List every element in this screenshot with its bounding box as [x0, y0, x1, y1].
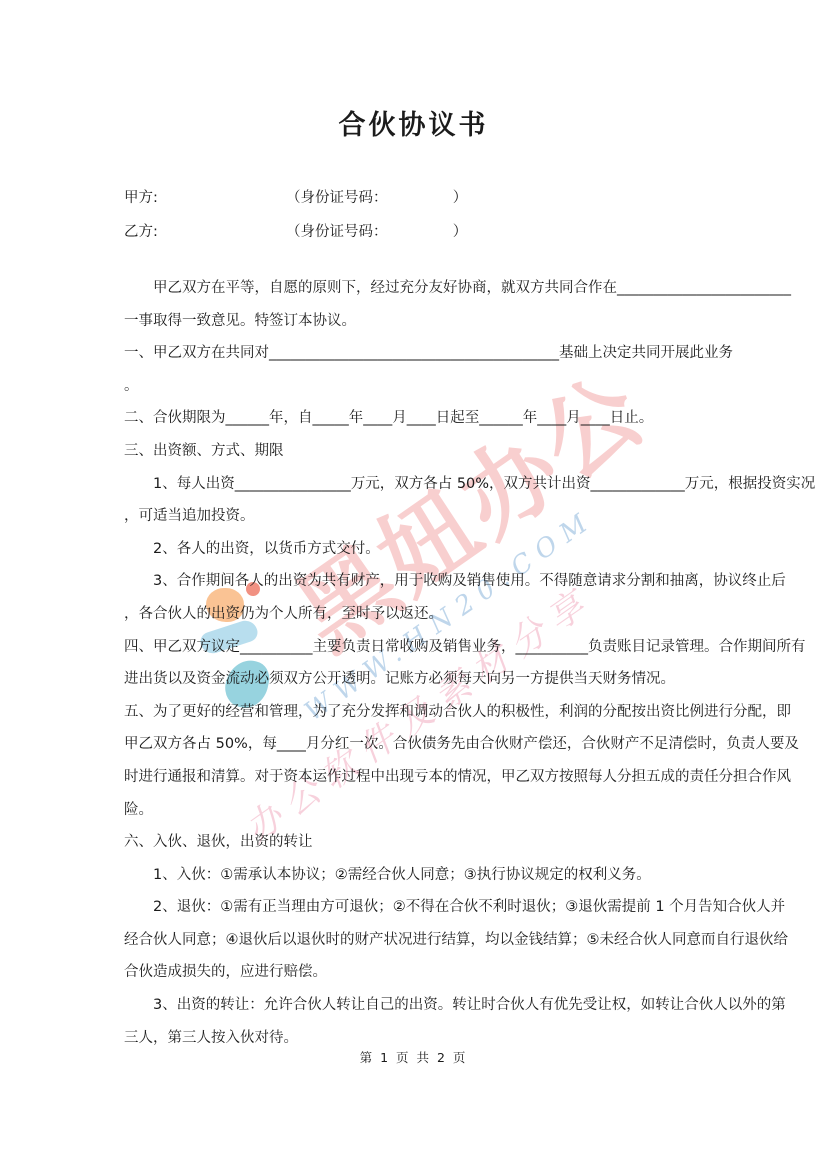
party-b-row: 乙方: （身份证号码： ） — [124, 213, 467, 247]
document-line: 1、每人出资________________万元，双方各占 50%，双方共计出资… — [124, 468, 720, 501]
party-a-label: 甲方: — [124, 186, 286, 207]
parties-block: 甲方: （身份证号码： ） 乙方: （身份证号码： ） — [124, 179, 467, 247]
document-line: 五、为了更好的经营和管理，为了充分发挥和调动合伙人的积极性，利润的分配按出资比例… — [124, 696, 720, 729]
document-body: 甲乙双方在平等，自愿的原则下，经过充分友好协商，就双方共同合作在________… — [124, 272, 720, 1054]
document-line: 一、甲乙双方在共同对______________________________… — [124, 337, 720, 370]
document-line: 。 — [124, 370, 720, 403]
document-line: 一事取得一致意见。特签订本协议。 — [124, 305, 720, 338]
document-line: 进出货以及资金流动必须双方公开透明。记账方必须每天向另一方提供当天财务情况。 — [124, 663, 720, 696]
document-line: 四、甲乙双方议定__________主要负责日常收购及销售业务，________… — [124, 631, 720, 664]
document-line: ，各合伙人的出资仍为个人所有，至时予以返还。 — [124, 598, 720, 631]
page-footer: 第 1 页 共 2 页 — [0, 1048, 827, 1066]
party-a-row: 甲方: （身份证号码： ） — [124, 179, 467, 213]
party-b-label: 乙方: — [124, 220, 286, 241]
document-line: 险。 — [124, 794, 720, 827]
document-line: ，可适当追加投资。 — [124, 500, 720, 533]
document-line: 3、合作期间各人的出资为共有财产，用于收购及销售使用。不得随意请求分割和抽离，协… — [124, 565, 720, 598]
document-line: 三、出资额、方式、期限 — [124, 435, 720, 468]
page-title: 合伙协议书 — [0, 103, 827, 142]
document-line: 六、入伙、退伙，出资的转让 — [124, 826, 720, 859]
document-line: 2、各人的出资，以货币方式交付。 — [124, 533, 720, 566]
document-line: 甲乙双方各占 50%，每____月分红一次。合伙债务先由合伙财产偿还，合伙财产不… — [124, 728, 720, 761]
document-line: 二、合伙期限为______年，自_____年____月____日起至______… — [124, 402, 720, 435]
document-page: 黑妞办公 WWW.HN20.COM 办公软件及素材分享 合伙协议书 甲方: （身… — [0, 0, 827, 1169]
document-line: 2、退伙：①需有正当理由方可退伙；②不得在合伙不利时退伙；③退伙需提前 1 个月… — [124, 891, 720, 924]
document-line: 1、入伙：①需承认本协议；②需经合伙人同意；③执行协议规定的权利义务。 — [124, 859, 720, 892]
document-line: 经合伙人同意；④退伙后以退伙时的财产状况进行结算，均以金钱结算；⑤未经合伙人同意… — [124, 924, 720, 957]
document-line: 甲乙双方在平等，自愿的原则下，经过充分友好协商，就双方共同合作在________… — [124, 272, 720, 305]
document-line: 合伙造成损失的，应进行赔偿。 — [124, 956, 720, 989]
party-a-id-field: （身份证号码： ） — [286, 186, 467, 207]
document-line: 3、出资的转让：允许合伙人转让自己的出资。转让时合伙人有优先受让权，如转让合伙人… — [124, 989, 720, 1022]
party-b-id-field: （身份证号码： ） — [286, 220, 467, 241]
document-line: 时进行通报和清算。对于资本运作过程中出现亏本的情况，甲乙双方按照每人分担五成的责… — [124, 761, 720, 794]
